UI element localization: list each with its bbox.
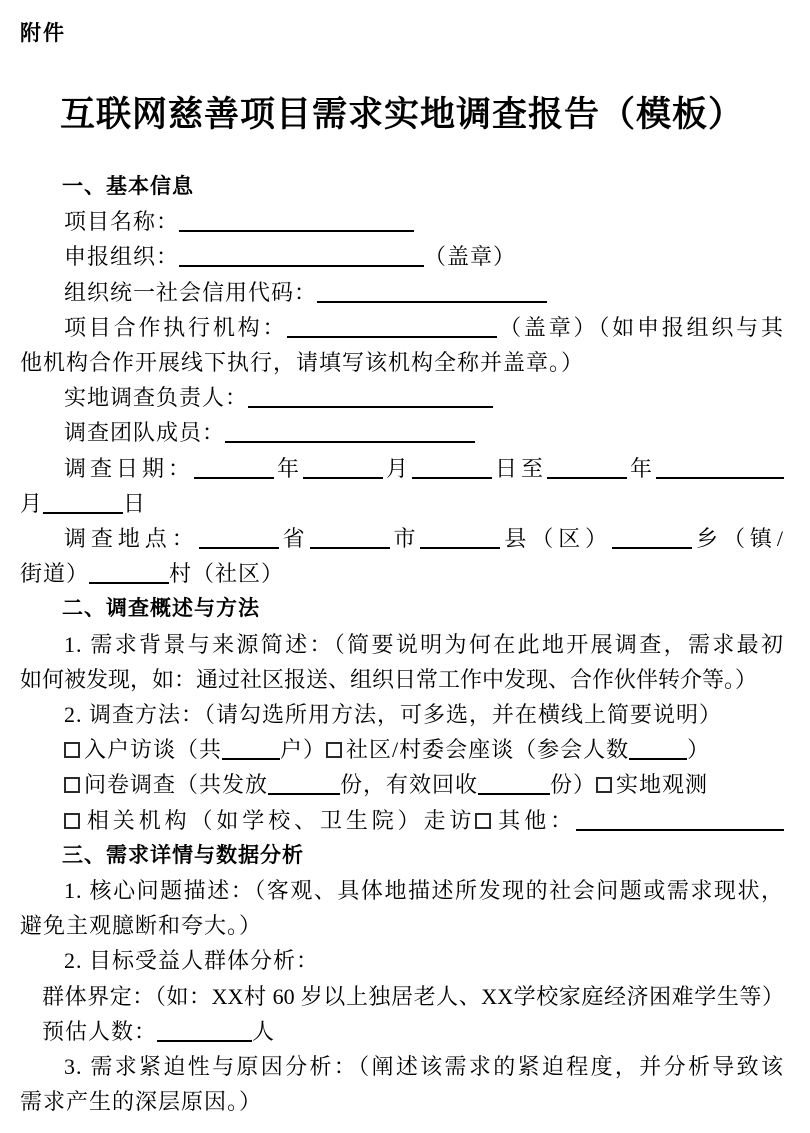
- paragraph-line: 1. 核心问题描述：（客观、具体地描述所发现的社会问题或需求现状，: [20, 873, 784, 908]
- text-run: 三、需求详情与数据分析: [62, 844, 304, 867]
- text-run: 省: [279, 526, 310, 551]
- text-run: （盖章）: [424, 244, 516, 269]
- paragraph-line: 调查地点：省市县（区）乡（镇/: [20, 521, 784, 556]
- paragraph-line: 入户访谈（共户）社区/村委会座谈（参会人数）: [20, 732, 784, 767]
- text-run: 问卷调查（共发放: [84, 772, 268, 797]
- text-run: 避免主观臆断和夸大。）: [20, 913, 262, 938]
- blank-underline-field: [612, 527, 692, 549]
- text-run: 乡（镇/: [692, 526, 784, 551]
- paragraph-line: 群体界定：（如：XX村 60 岁以上独居老人、XX学校家庭经济困难学生等）: [20, 979, 784, 1014]
- text-run: 县（区）: [500, 526, 612, 551]
- paragraph-line: 1. 需求背景与来源简述：（简要说明为何在此地开展调查，需求最初: [20, 627, 784, 662]
- paragraph-line: 调查团队成员：: [20, 415, 784, 450]
- text-run: 调查日期：: [64, 456, 194, 481]
- text-run: 他机构合作开展线下执行，请填写该机构全称并盖章。）: [20, 350, 584, 375]
- attachment-label: 附件: [20, 16, 784, 52]
- text-run: 份，有效回收: [340, 772, 478, 797]
- blank-underline-field: [157, 1020, 252, 1042]
- paragraph-line: 实地调查负责人：: [20, 380, 784, 415]
- text-run: 人: [252, 1019, 275, 1044]
- text-run: 组织统一社会信用代码：: [64, 280, 317, 305]
- text-run: 预估人数：: [42, 1019, 157, 1044]
- section-heading: 三、需求详情与数据分析: [20, 838, 784, 873]
- text-run: （盖章）（如申报组织与其: [497, 315, 784, 340]
- text-run: 村（社区）: [169, 561, 284, 586]
- blank-underline-field: [179, 210, 414, 232]
- blank-underline-field: [310, 527, 390, 549]
- blank-underline-field: [317, 281, 547, 303]
- text-run: 街道）: [20, 561, 89, 586]
- blank-underline-field: [248, 386, 493, 408]
- text-run: 二、调查概述与方法: [62, 597, 260, 620]
- section-heading: 一、基本信息: [20, 169, 784, 204]
- checkbox-icon: [596, 777, 612, 793]
- checkbox-icon: [64, 742, 80, 758]
- paragraph-line: 避免主观臆断和夸大。）: [20, 908, 784, 943]
- text-run: 份）: [550, 772, 596, 797]
- paragraph-line: 预估人数：人: [20, 1014, 784, 1049]
- checkbox-icon: [475, 813, 491, 829]
- text-run: 年: [627, 456, 656, 481]
- text-run: 日至: [492, 456, 547, 481]
- text-run: 年: [274, 456, 303, 481]
- text-run: 月: [20, 491, 43, 516]
- text-run: 项目名称：: [64, 209, 179, 234]
- blank-underline-field: [420, 527, 500, 549]
- text-run: 一、基本信息: [62, 175, 194, 198]
- paragraph-line: 项目名称：: [20, 204, 784, 239]
- paragraph-line: 他机构合作开展线下执行，请填写该机构全称并盖章。）: [20, 345, 784, 380]
- document-body: 一、基本信息项目名称：申报组织：（盖章）组织统一社会信用代码：项目合作执行机构：…: [20, 169, 784, 1119]
- paragraph-line: 月日: [20, 486, 784, 521]
- text-run: 市: [390, 526, 421, 551]
- section-heading: 二、调查概述与方法: [20, 591, 784, 626]
- blank-underline-field: [547, 457, 627, 479]
- blank-underline-field: [225, 421, 475, 443]
- paragraph-line: 需求产生的深层原因。）: [20, 1084, 784, 1119]
- text-run: 1. 核心问题描述：（客观、具体地描述所发现的社会问题或需求现状，: [64, 878, 784, 903]
- text-run: 群体界定：（如：XX村 60 岁以上独居老人、XX学校家庭经济困难学生等）: [42, 984, 784, 1009]
- blank-underline-field: [179, 245, 424, 267]
- blank-underline-field: [576, 809, 784, 831]
- document-page: 附件 互联网慈善项目需求实地调查报告（模板） 一、基本信息项目名称：申报组织：（…: [0, 0, 810, 1133]
- blank-underline-field: [89, 562, 169, 584]
- blank-underline-field: [478, 773, 550, 795]
- blank-underline-field: [194, 457, 274, 479]
- text-run: 其他：: [495, 808, 576, 833]
- text-run: 调查团队成员：: [64, 420, 225, 445]
- text-run: 月: [383, 456, 412, 481]
- paragraph-line: 如何被发现，如：通过社区报送、组织日常工作中发现、合作伙伴转介等。）: [20, 662, 784, 697]
- text-run: 实地观测: [616, 772, 708, 797]
- paragraph-line: 2. 调查方法：（请勾选所用方法，可多选，并在横线上简要说明）: [20, 697, 784, 732]
- paragraph-line: 2. 目标受益人群体分析：: [20, 943, 784, 978]
- checkbox-icon: [64, 813, 80, 829]
- paragraph-line: 调查日期：年月日至年: [20, 451, 784, 486]
- text-run: 3. 需求紧迫性与原因分析：（阐述该需求的紧迫程度，并分析导致该: [64, 1054, 784, 1079]
- blank-underline-field: [303, 457, 383, 479]
- text-run: 2. 调查方法：（请勾选所用方法，可多选，并在横线上简要说明）: [64, 702, 722, 727]
- text-run: 如何被发现，如：通过社区报送、组织日常工作中发现、合作伙伴转介等。）: [20, 667, 757, 692]
- text-run: 户）: [280, 737, 326, 762]
- paragraph-line: 街道）村（社区）: [20, 556, 784, 591]
- blank-underline-field: [43, 492, 123, 514]
- paragraph-line: 问卷调查（共发放份，有效回收份）实地观测: [20, 767, 784, 802]
- paragraph-line: 申报组织：（盖章）: [20, 239, 784, 274]
- paragraph-line: 3. 需求紧迫性与原因分析：（阐述该需求的紧迫程度，并分析导致该: [20, 1049, 784, 1084]
- blank-underline-field: [287, 316, 497, 338]
- paragraph-line: 组织统一社会信用代码：: [20, 275, 784, 310]
- blank-underline-field: [629, 738, 687, 760]
- text-run: 需求产生的深层原因。）: [20, 1089, 262, 1114]
- text-run: 实地调查负责人：: [64, 385, 248, 410]
- blank-underline-field: [412, 457, 492, 479]
- paragraph-line: 项目合作执行机构：（盖章）（如申报组织与其: [20, 310, 784, 345]
- text-run: 2. 目标受益人群体分析：: [64, 948, 319, 973]
- text-run: 项目合作执行机构：: [64, 315, 287, 340]
- text-run: ）: [687, 737, 710, 762]
- checkbox-icon: [326, 742, 342, 758]
- text-run: 申报组织：: [64, 244, 179, 269]
- text-run: 调查地点：: [64, 526, 199, 551]
- text-run: 入户访谈（共: [84, 737, 222, 762]
- text-run: 相关机构（如学校、卫生院）走访: [84, 808, 475, 833]
- blank-underline-field: [199, 527, 279, 549]
- blank-underline-field: [656, 457, 784, 479]
- blank-underline-field: [268, 773, 340, 795]
- page-title: 互联网慈善项目需求实地调查报告（模板）: [20, 90, 784, 140]
- blank-underline-field: [222, 738, 280, 760]
- checkbox-icon: [64, 777, 80, 793]
- text-run: 日: [123, 491, 146, 516]
- text-run: 社区/村委会座谈（参会人数: [346, 737, 629, 762]
- text-run: 1. 需求背景与来源简述：（简要说明为何在此地开展调查，需求最初: [64, 632, 784, 657]
- paragraph-line: 相关机构（如学校、卫生院）走访其他：: [20, 803, 784, 838]
